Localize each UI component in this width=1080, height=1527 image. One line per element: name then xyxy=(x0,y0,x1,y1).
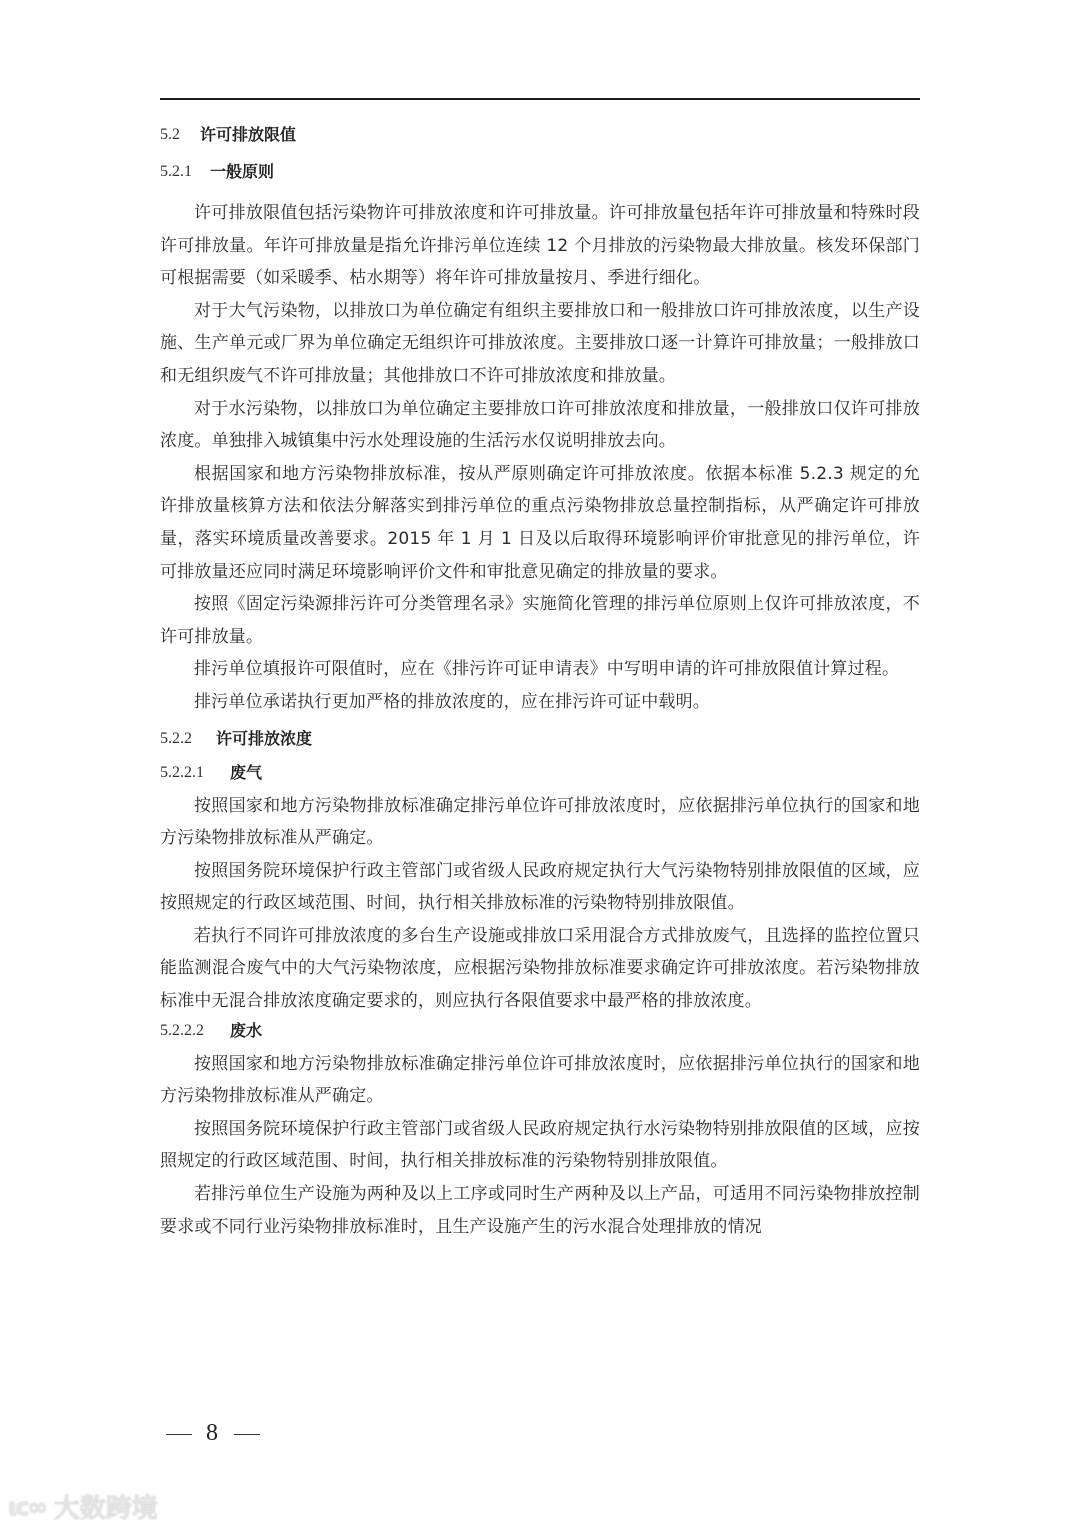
page-number: 8 xyxy=(206,1420,220,1446)
section-number: 5.2.2 xyxy=(160,728,216,750)
paragraph: 根据国家和地方污染物排放标准，按从严原则确定许可排放浓度。依据本标准 5.2.3… xyxy=(160,458,920,588)
section-number: 5.2.2.2 xyxy=(160,1020,230,1042)
watermark: ιc∞ 大数跨境 xyxy=(8,1488,158,1525)
section-title: 废水 xyxy=(230,1020,262,1042)
paragraph: 按照国务院环境保护行政主管部门或省级人民政府规定执行水污染物特别排放限值的区域，… xyxy=(160,1113,920,1178)
section-title: 许可排放限值 xyxy=(200,124,296,146)
paragraph: 按照国务院环境保护行政主管部门或省级人民政府规定执行大气污染物特别排放限值的区域… xyxy=(160,855,920,920)
page-footer: 8 xyxy=(160,1420,274,1447)
paragraph: 排污单位填报许可限值时，应在《排污许可证申请表》中写明申请的许可排放限值计算过程… xyxy=(160,653,920,686)
section-heading-5-2-1: 5.2.1 一般原则 xyxy=(160,161,920,183)
watermark-logo-icon: ιc∞ xyxy=(8,1493,46,1521)
section-title: 一般原则 xyxy=(210,161,274,183)
dash-right xyxy=(234,1434,260,1436)
dash-left xyxy=(166,1434,192,1436)
section-heading-5-2-2: 5.2.2 许可排放浓度 xyxy=(160,728,920,750)
section-number: 5.2.1 xyxy=(160,161,210,183)
paragraph: 按照国家和地方污染物排放标准确定排污单位许可排放浓度时，应依据排污单位执行的国家… xyxy=(160,790,920,855)
document-body: 5.2 许可排放限值 5.2.1 一般原则 许可排放限值包括污染物许可排放浓度和… xyxy=(160,124,920,1243)
section-heading-5-2-2-1: 5.2.2.1 废气 xyxy=(160,762,920,784)
watermark-text: 大数跨境 xyxy=(54,1488,158,1525)
paragraph: 对于大气污染物，以排放口为单位确定有组织主要排放口和一般排放口许可排放浓度，以生… xyxy=(160,295,920,393)
paragraph: 按照国家和地方污染物排放标准确定排污单位许可排放浓度时，应依据排污单位执行的国家… xyxy=(160,1048,920,1113)
paragraph: 许可排放限值包括污染物许可排放浓度和许可排放量。许可排放量包括年许可排放量和特殊… xyxy=(160,197,920,295)
section-title: 许可排放浓度 xyxy=(216,728,312,750)
paragraph: 对于水污染物，以排放口为单位确定主要排放口许可排放浓度和排放量，一般排放口仅许可… xyxy=(160,393,920,458)
paragraph: 排污单位承诺执行更加严格的排放浓度的，应在排污许可证中载明。 xyxy=(160,686,920,719)
section-heading-5-2-2-2: 5.2.2.2 废水 xyxy=(160,1020,920,1042)
paragraph: 按照《固定污染源排污许可分类管理名录》实施简化管理的排污单位原则上仅许可排放浓度… xyxy=(160,588,920,653)
paragraph: 若执行不同许可排放浓度的多台生产设施或排放口采用混合方式排放废气，且选择的监控位… xyxy=(160,920,920,1018)
section-heading-5-2: 5.2 许可排放限值 xyxy=(160,124,920,146)
header-rule xyxy=(160,98,920,100)
section-title: 废气 xyxy=(230,762,262,784)
section-number: 5.2 xyxy=(160,124,200,146)
paragraph: 若排污单位生产设施为两种及以上工序或同时生产两种及以上产品，可适用不同污染物排放… xyxy=(160,1178,920,1243)
section-number: 5.2.2.1 xyxy=(160,762,230,784)
